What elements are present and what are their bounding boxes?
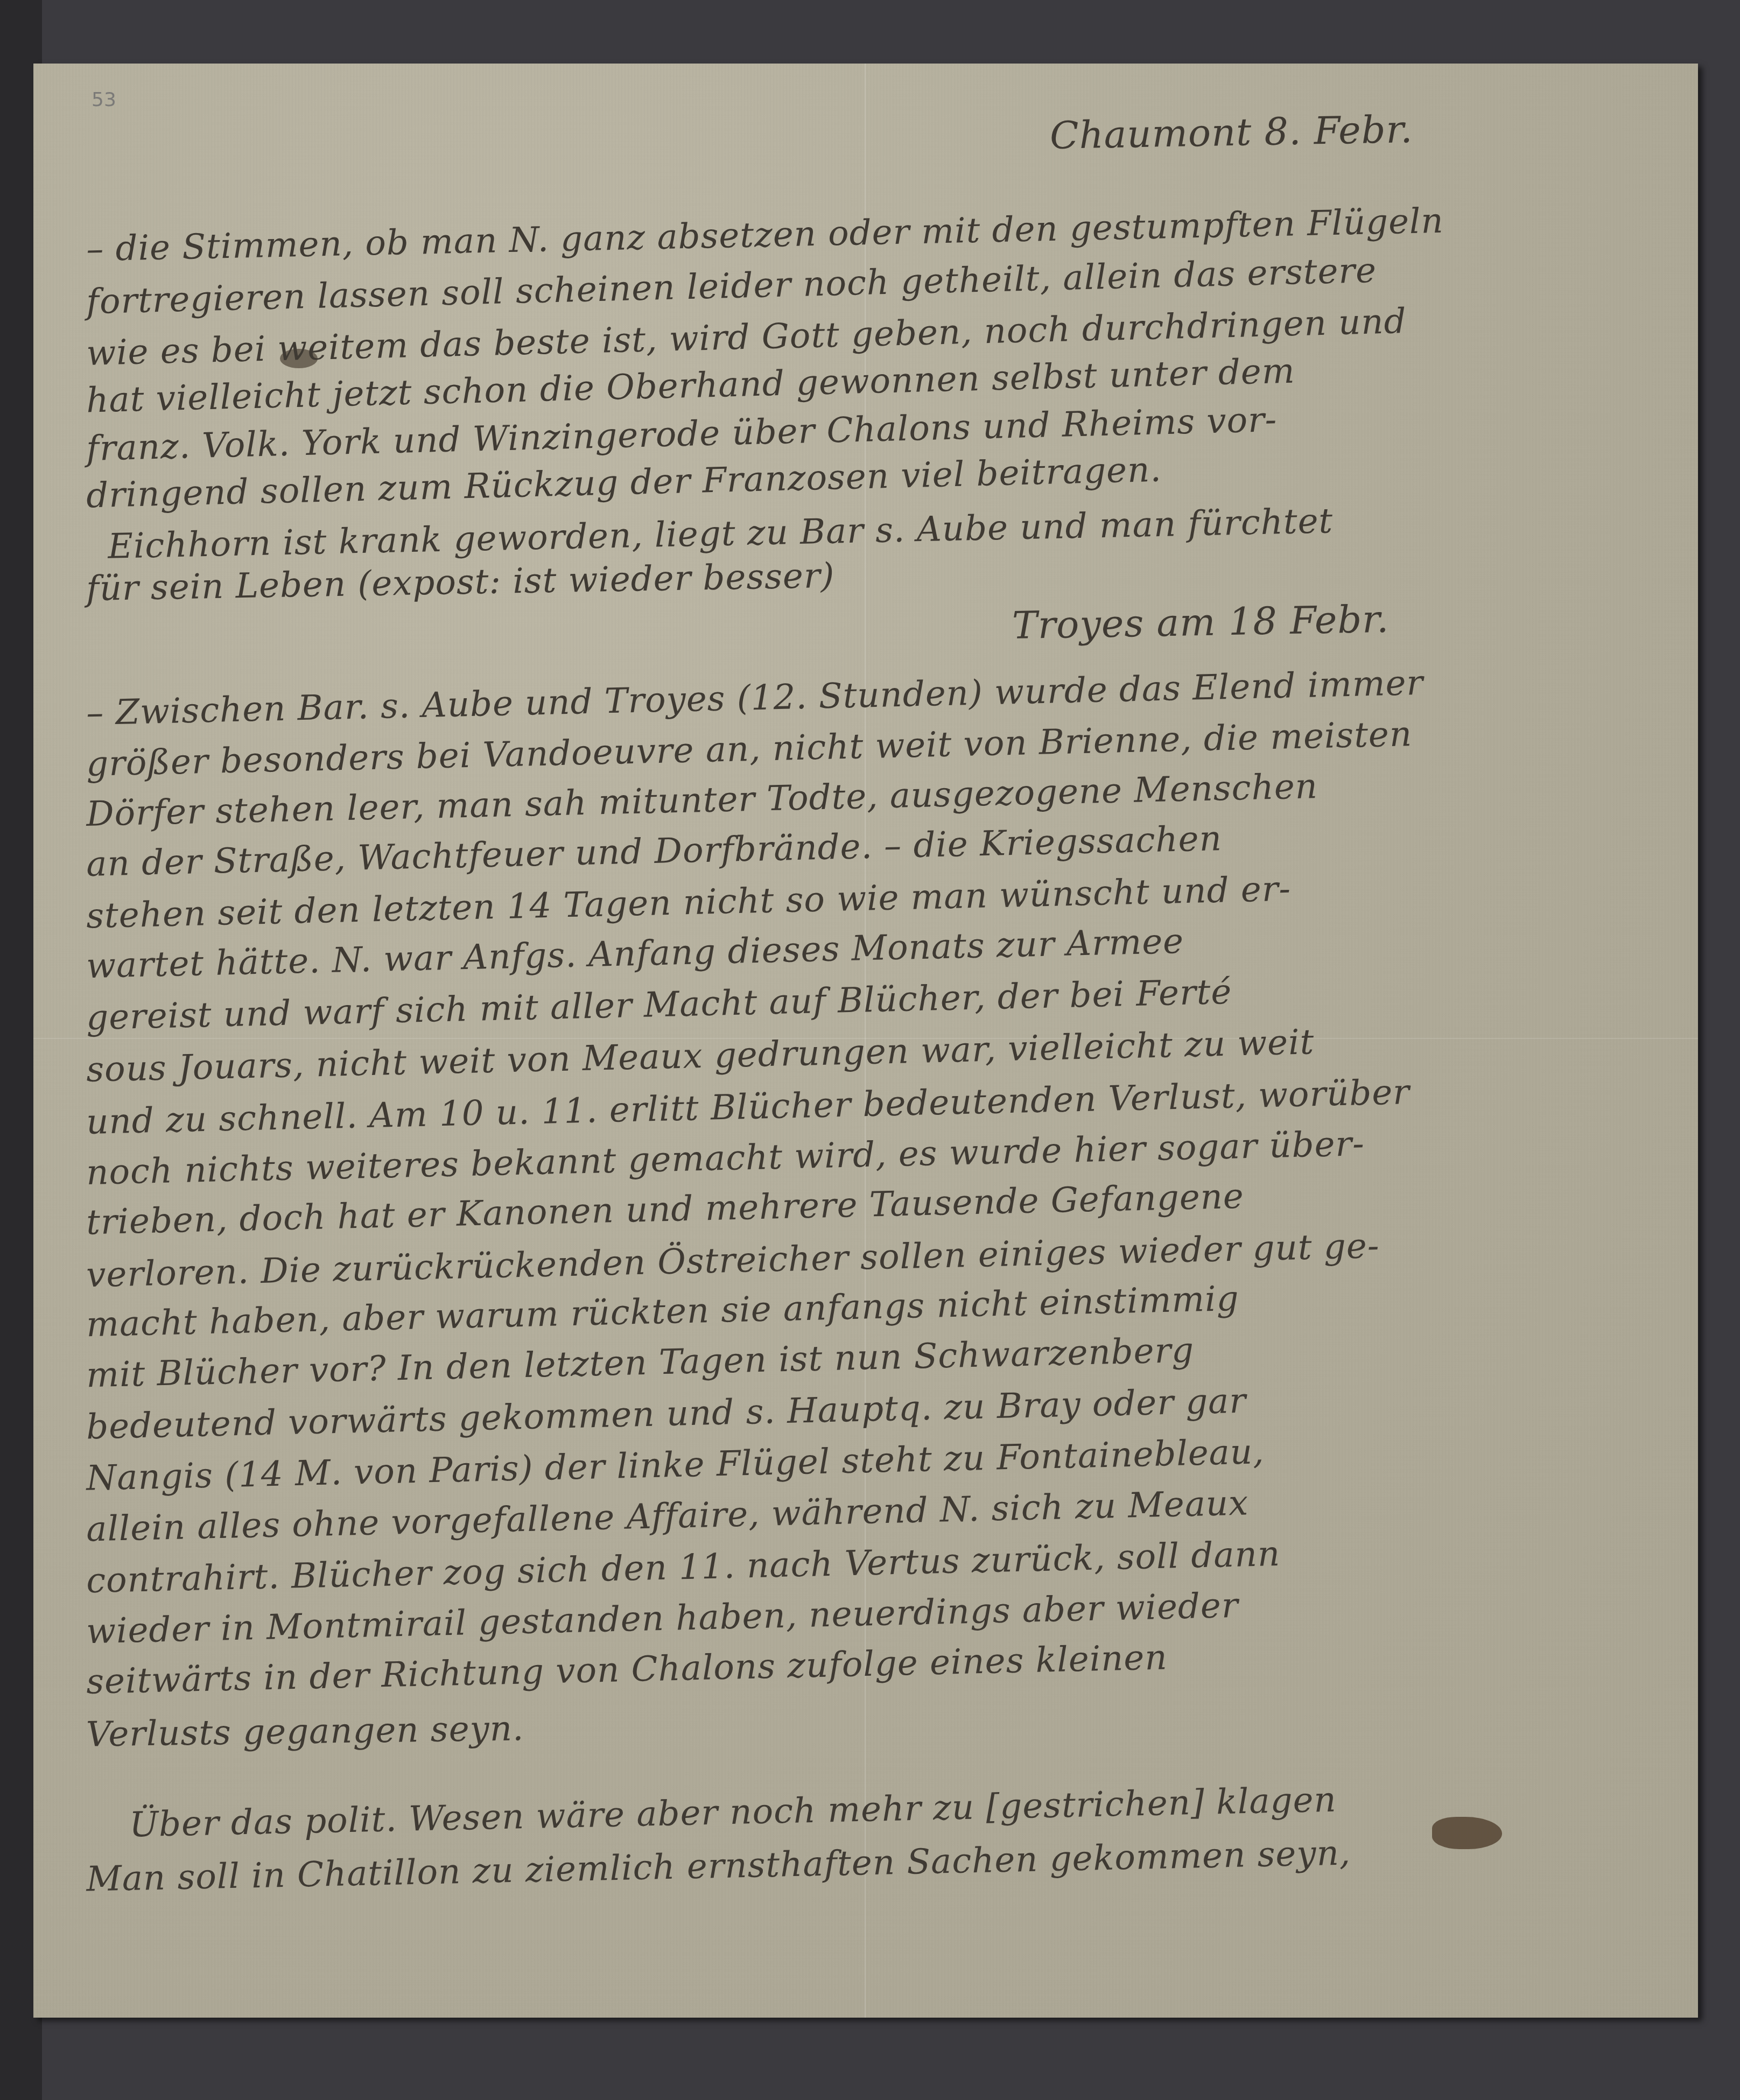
ink-blot-strikethrough — [1432, 1817, 1502, 1849]
date-heading: Chaumont 8. Febr. — [1049, 107, 1413, 158]
text-line: Verlusts gegangen seyn. — [86, 1709, 524, 1754]
pencil-page-number: 53 — [92, 89, 116, 111]
date-heading: Troyes am 18 Febr. — [1012, 597, 1389, 648]
